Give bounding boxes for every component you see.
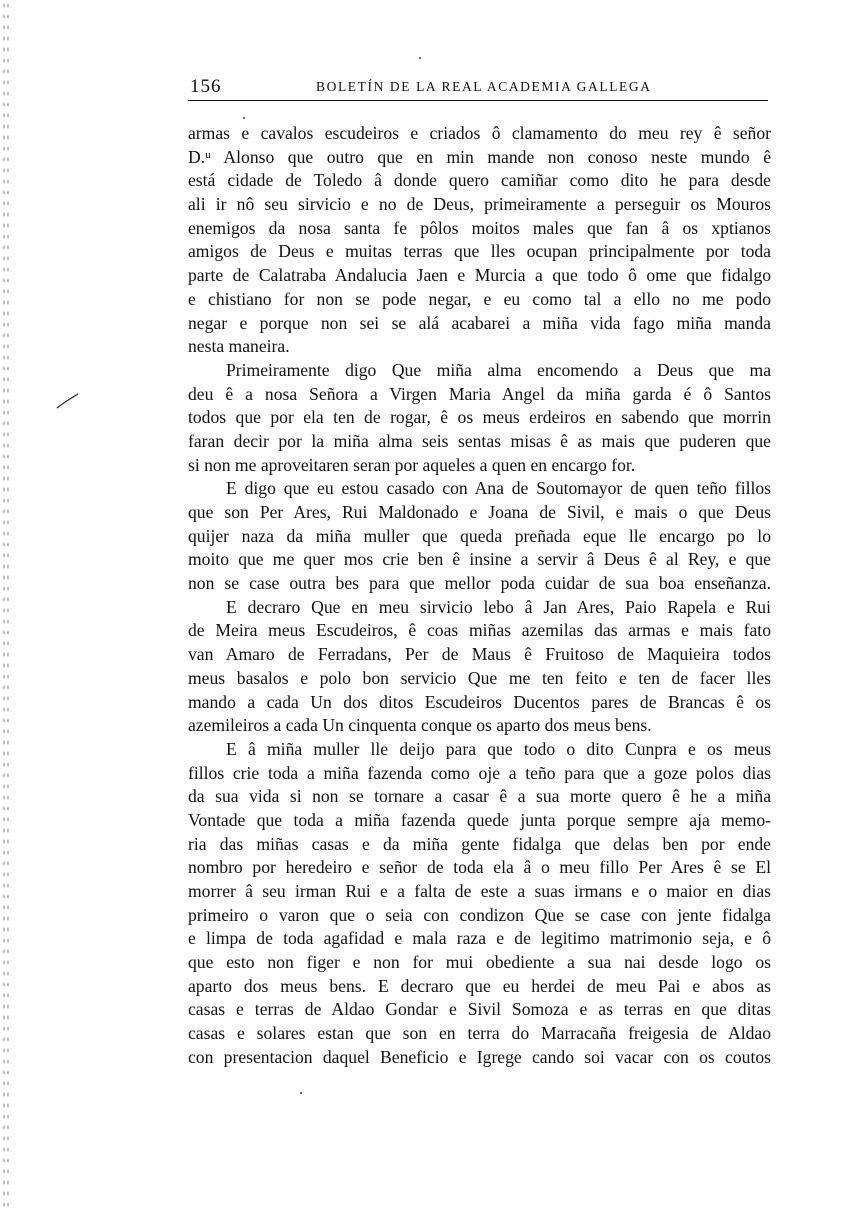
text-line: casas e solares estan que son en terra d… (188, 1022, 771, 1046)
text-line: e limpa de toda agafidad e mala raza e d… (188, 927, 771, 951)
scan-speck (300, 1092, 302, 1094)
text-line: nesta maneira. (188, 335, 771, 359)
text-line: E â miña muller lle deijo para que todo … (188, 738, 771, 762)
text-line: van Amaro de Ferradans, Per de Maus ê Fr… (188, 643, 771, 667)
text-line: aparto dos meus bens. E decraro que eu h… (188, 975, 771, 999)
text-line: primeiro o varon que o seia con condizon… (188, 904, 771, 928)
paragraph: E digo que eu estou casado con Ana de So… (188, 477, 771, 595)
text-line: enemigos da nosa santa fe pôlos moitos m… (188, 217, 771, 241)
page-number: 156 (190, 76, 222, 98)
body-text: armas e cavalos escudeiros e criados ô c… (188, 122, 771, 1070)
text-line: azemileiros a cada Un cinquenta conque o… (188, 714, 771, 738)
text-line: deu ê a nosa Señora a Virgen Maria Angel… (188, 383, 771, 407)
text-line: nombro por heredeiro e señor de toda ela… (188, 856, 771, 880)
paragraph: armas e cavalos escudeiros e criados ô c… (188, 122, 771, 359)
text-line: fillos crie toda a miña fazenda como oje… (188, 762, 771, 786)
text-line: negar e porque non sei se alá acabarei a… (188, 312, 771, 336)
text-line: D.ᵘ Alonso que outro que en min mande no… (188, 146, 771, 170)
text-line: ria das miñas casas e da miña gente fida… (188, 833, 771, 857)
scan-margin-dots (2, 0, 10, 1213)
scan-speck (419, 57, 421, 59)
text-line: que esto non figer e non for mui obedien… (188, 951, 771, 975)
pencil-mark-icon (56, 386, 80, 410)
text-line: moito que me quer mos crie ben ê insine … (188, 548, 771, 572)
text-line: da sua vida si non se tornare a casar ê … (188, 785, 771, 809)
scan-speck (243, 117, 245, 119)
text-line: e chistiano for non se pode negar, e eu … (188, 288, 771, 312)
text-line: ali ir nô seu sirvicio e no de Deus, pri… (188, 193, 771, 217)
text-line: E decraro Que en meu sirvicio lebo â Jan… (188, 596, 771, 620)
text-line: armas e cavalos escudeiros e criados ô c… (188, 122, 771, 146)
text-line: E digo que eu estou casado con Ana de So… (188, 477, 771, 501)
text-line: quijer naza da miña muller que queda pre… (188, 525, 771, 549)
text-line: non se case outra bes para que mellor po… (188, 572, 771, 596)
text-line: está cidade de Toledo â donde quero cami… (188, 169, 771, 193)
text-line: morrer â seu irman Rui e a falta de este… (188, 880, 771, 904)
text-line: parte de Calatraba Andalucia Jaen e Murc… (188, 264, 771, 288)
text-line: faran decir por la miña alma seis sentas… (188, 430, 771, 454)
text-line: casas e terras de Aldao Gondar e Sivil S… (188, 998, 771, 1022)
text-line: amigos de Deus e muitas terras que lles … (188, 240, 771, 264)
header-rule (188, 100, 768, 101)
text-line: de Meira meus Escudeiros, ê coas miñas a… (188, 619, 771, 643)
text-line: Vontade que toda a miña fazenda quede ju… (188, 809, 771, 833)
page-header: 156 BOLETÍN DE LA REAL ACADEMIA GALLEGA (188, 74, 768, 100)
text-line: todos que por ela ten de rogar, ê os meu… (188, 406, 771, 430)
paragraph: Primeiramente digo Que miña alma encomen… (188, 359, 771, 477)
running-title: BOLETÍN DE LA REAL ACADEMIA GALLEGA (316, 79, 652, 95)
text-line: que son Per Ares, Rui Maldonado e Joana … (188, 501, 771, 525)
paragraph: E decraro Que en meu sirvicio lebo â Jan… (188, 596, 771, 738)
text-line: meus basalos e polo bon servicio Que me … (188, 667, 771, 691)
text-line: si non me aproveitaren seran por aqueles… (188, 454, 771, 478)
paragraph: E â miña muller lle deijo para que todo … (188, 738, 771, 1070)
text-line: mando a cada Un dos ditos Escudeiros Duc… (188, 691, 771, 715)
text-line: Primeiramente digo Que miña alma encomen… (188, 359, 771, 383)
text-line: con presentacion daquel Beneficio e Igre… (188, 1046, 771, 1070)
